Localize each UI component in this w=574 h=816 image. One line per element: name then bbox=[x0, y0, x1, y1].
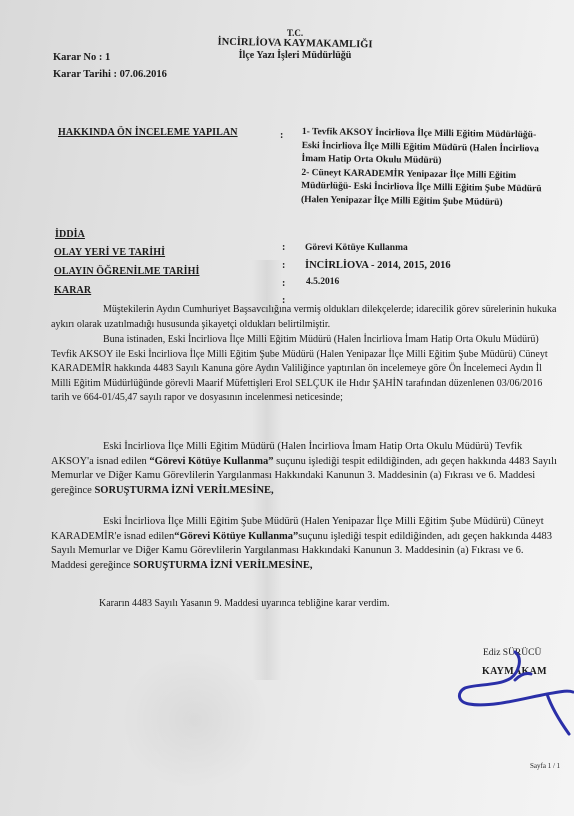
allegation-value: Görevi Kötüye Kullanma bbox=[305, 242, 408, 256]
decision-text: SORUŞTURMA İZNİ VERİLMESİNE, bbox=[133, 560, 312, 571]
incident-place-date-label: OLAY YERİ VE TARİHİ bbox=[54, 247, 165, 258]
allegation-colon: : bbox=[282, 242, 285, 253]
subjects-list: 1- Tevfik AKSOY İncirliova İlçe Milli Eğ… bbox=[301, 126, 552, 210]
letterhead-unit: İlçe Yazı İşleri Müdürlüğü bbox=[190, 50, 400, 62]
decision-number: Karar No : 1 bbox=[53, 49, 167, 66]
subject-label: HAKKINDA ÖN İNCELEME YAPILAN bbox=[58, 127, 238, 138]
paragraph-decision-aksoy: Eski İncirliova İlçe Milli Eğitim Müdürü… bbox=[51, 440, 561, 498]
handwritten-signature bbox=[455, 650, 574, 740]
allegation-label: İDDİA bbox=[55, 229, 85, 240]
learned-date-colon: : bbox=[282, 278, 285, 289]
document-page: T.C. İNCİRLİOVA KAYMAKAMLIĞI İlçe Yazı İ… bbox=[0, 0, 574, 816]
incident-colon: : bbox=[282, 260, 285, 271]
charge-quote: “Görevi Kötüye Kullanma” bbox=[174, 531, 298, 542]
subject-colon: : bbox=[280, 130, 283, 141]
paragraph-investigation: Buna istinaden, Eski İncirliova İlçe Mil… bbox=[51, 333, 561, 406]
paragraph-notification: Kararın 4483 Sayılı Yasanın 9. Maddesi u… bbox=[99, 597, 559, 612]
page-number: Sayfa 1 / 1 bbox=[530, 762, 560, 770]
incident-place-date-value: İNCİRLİOVA - 2014, 2015, 2016 bbox=[305, 259, 451, 273]
decision-meta: Karar No : 1 Karar Tarihi : 07.06.2016 bbox=[53, 49, 167, 83]
paper-shadow bbox=[120, 650, 270, 790]
decision-label: KARAR bbox=[54, 285, 91, 296]
learned-date-value: 4.5.2016 bbox=[306, 276, 339, 290]
paragraph-complaint: Müştekilerin Aydın Cumhuriyet Başsavcılı… bbox=[51, 303, 561, 332]
paragraph-decision-karademir: Eski İncirliova İlçe Milli Eğitim Şube M… bbox=[51, 515, 561, 573]
subject-item: 1- Tevfik AKSOY İncirliova İlçe Milli Eğ… bbox=[301, 126, 552, 170]
decision-date: Karar Tarihi : 07.06.2016 bbox=[53, 66, 167, 83]
charge-quote: “Görevi Kötüye Kullanma” bbox=[149, 456, 273, 467]
decision-text: SORUŞTURMA İZNİ VERİLMESİNE, bbox=[94, 485, 273, 496]
subject-item: 2- Cüneyt KARADEMİR Yenipazar İlçe Milli… bbox=[301, 166, 552, 210]
letterhead: T.C. İNCİRLİOVA KAYMAKAMLIĞI İlçe Yazı İ… bbox=[190, 28, 400, 62]
learned-date-label: OLAYIN ÖĞRENİLME TARİHİ bbox=[54, 266, 199, 277]
